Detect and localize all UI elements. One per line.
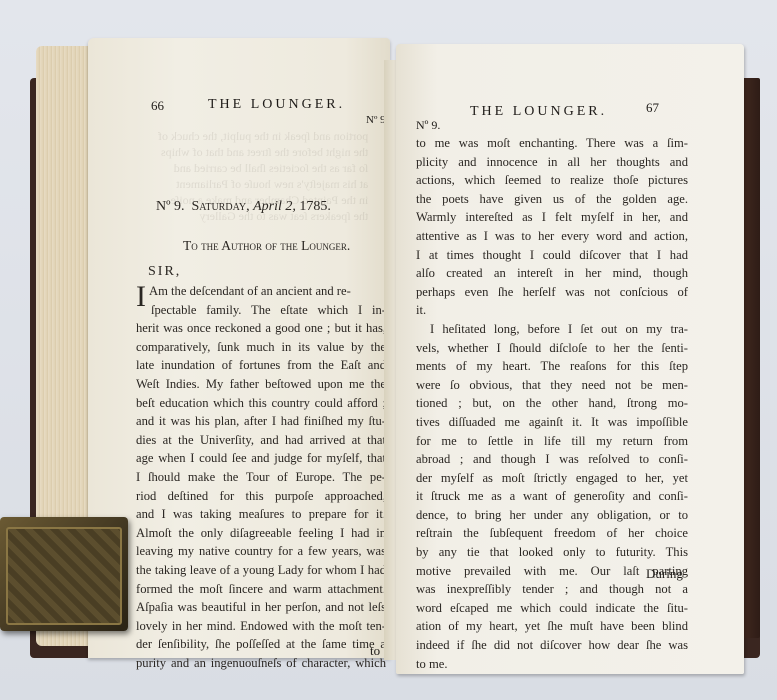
body-line: for me to ſettle in life till my return … — [416, 432, 688, 451]
catchword: to — [370, 643, 380, 659]
running-head: THE LOUNGER. — [470, 104, 607, 120]
issue-year: 1785. — [299, 199, 331, 214]
body-line: ſpectable family. The eſtate which I in- — [136, 301, 386, 320]
body-line: der ſenſibility, ſhe poſſeſſed at the ſa… — [136, 635, 386, 654]
body-line: dence, to bring her under any obligation… — [416, 506, 688, 525]
body-line: lovely in her mind. Endowed with the moſ… — [136, 617, 386, 636]
running-head: THE LOUNGER. — [208, 97, 345, 113]
body-line: dies at the Univerſity, and had arrived … — [136, 431, 386, 450]
address-line: To the Author of the Lounger. — [183, 237, 350, 256]
body-line: tioned ; but, on the other hand, ſtrong … — [416, 394, 688, 413]
body-line: I heſitated long, before I ſet out on my… — [416, 320, 688, 339]
body-line: der myſelf as moſt ſtrictly engaged to h… — [416, 469, 688, 488]
signature-mark: Nº 9. — [416, 118, 440, 133]
body-line: beſt education which this country could … — [136, 394, 386, 413]
body-line: late inundation of fortunes from the Eaſ… — [136, 356, 386, 375]
body-line: attentive as I was to her every word and… — [416, 227, 688, 246]
body-line: Aſpaſia was beautiful in her perſon, and… — [136, 598, 386, 617]
body-line: it. — [416, 301, 688, 320]
body-line: was inexpreſſibly tender ; and though no… — [416, 580, 688, 599]
body-line: age when I could ſee and judge for myſel… — [136, 449, 386, 468]
body-line: it ſtruck me as a want of generoſity and… — [416, 487, 688, 506]
body-line: ments of my heart. The reaſons for this … — [416, 357, 688, 376]
body-line: abroad ; and though I was reſolved to co… — [416, 450, 688, 469]
issue-number: Nº 9. — [156, 199, 184, 214]
body-line: Almoſt the only diſagreeable feeling I h… — [136, 524, 386, 543]
body-line: herit was once reckoned a good one ; but… — [136, 319, 386, 338]
body-line: Am the deſcendant of an ancient and re- — [149, 284, 351, 298]
body-line: plicity and innocence in all her thought… — [416, 153, 688, 172]
right-page: Nº 9. THE LOUNGER. 67 to me was moſt enc… — [396, 44, 744, 674]
body-line: word eſcaped me which could indicate the… — [416, 599, 688, 618]
body-line: to me. — [416, 655, 688, 674]
weight-ornament — [6, 527, 122, 625]
left-body-text: IAm the deſcendant of an ancient and re-… — [136, 282, 386, 672]
issue-date: April 2, — [253, 199, 296, 214]
right-body-text: to me was moſt enchanting. There was a ſ… — [416, 134, 688, 673]
catchword: During — [646, 566, 683, 582]
body-line: perhaps even ſhe herſelf was not conſcio… — [416, 283, 688, 302]
body-line: the poets have given us of the golden ag… — [416, 190, 688, 209]
body-line: actions, which ſeemed to realize thoſe p… — [416, 171, 688, 190]
body-line: tives diſſuaded me againſt it. It was im… — [416, 413, 688, 432]
body-line: reſtrain the ſubſequent freedom of her c… — [416, 524, 688, 543]
body-line: alſo created an intereſt in her mind, th… — [416, 264, 688, 283]
body-line: Warmly intereſted as I felt myſelf in he… — [416, 208, 688, 227]
body-line: purity and an ingenuouſneſs of character… — [136, 654, 386, 673]
page-number: 66 — [151, 98, 164, 114]
brass-page-weight — [0, 517, 128, 631]
body-line: I at times thought I could diſcover that… — [416, 246, 688, 265]
body-line: vels, whether I ſhould diſcloſe to her t… — [416, 339, 688, 358]
body-line: and it was his plan, after I had finiſhe… — [136, 412, 386, 431]
body-line: Weſt Indies. My father beſtowed upon me … — [136, 375, 386, 394]
issue-heading: Nº 9. Saturday, April 2, 1785. — [156, 198, 331, 217]
page-number: 67 — [646, 100, 659, 116]
salutation: SIR, — [148, 263, 181, 282]
body-line: and I was taking meaſures to prepare for… — [136, 505, 386, 524]
body-line: to me was moſt enchanting. There was a ſ… — [416, 134, 688, 153]
body-line: ation of my heart, yet ſhe muſt have bee… — [416, 617, 688, 636]
body-line: riod deſtined for this purpoſe approache… — [136, 487, 386, 506]
issue-day: Saturday, — [191, 199, 249, 214]
body-line: I ſhould make the Tour of Europe. The pe… — [136, 468, 386, 487]
left-page: portion and ſpeak in the pulpit, the chu… — [88, 38, 390, 658]
body-line: leaving my native country for a few year… — [136, 542, 386, 561]
body-line: were ſo obvious, that they need not be m… — [416, 376, 688, 395]
body-line: comparatively, ſunk much in its value by… — [136, 338, 386, 357]
body-line: indeed if ſhe did not diſcover how dear … — [416, 636, 688, 655]
body-line: formed the moſt ſincere and warm attachm… — [136, 580, 386, 599]
drop-cap: I — [136, 284, 146, 310]
body-line: by any tie that looked only to futurity.… — [416, 543, 688, 562]
body-line: the taking leave of a young Lady for who… — [136, 561, 386, 580]
